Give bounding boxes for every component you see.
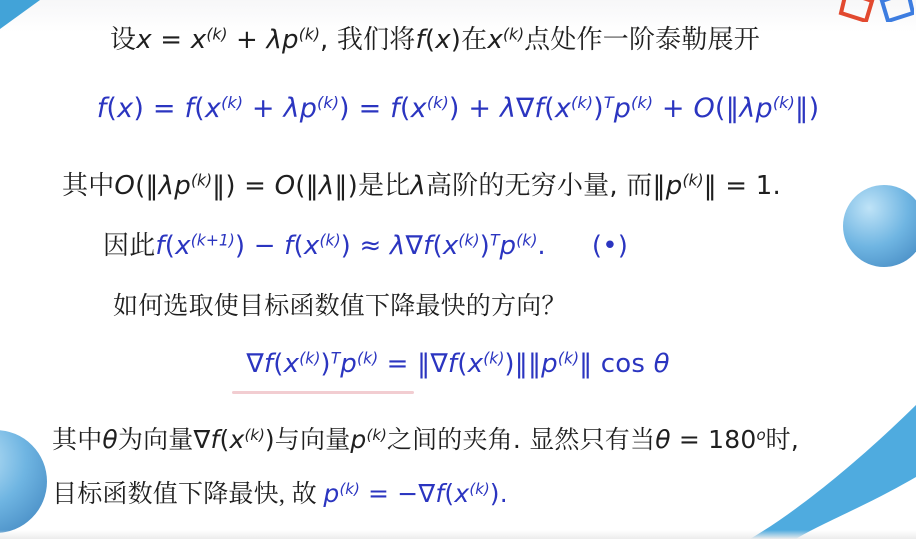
- text-segment: x: [468, 349, 484, 379]
- text-segment: f: [284, 231, 293, 261]
- text-segment: .: [537, 231, 545, 261]
- text-segment: (k): [191, 171, 212, 189]
- lecture-slide: 设x = x(k) + λp(k), 我们将f(x)在x(k)点处作一阶泰勒展开…: [0, 0, 916, 539]
- text-segment: ‖: [417, 349, 430, 379]
- text-segment: λ: [390, 231, 406, 261]
- text-segment: +: [460, 93, 500, 124]
- text-segment: 目标函数值下降最快, 故: [52, 481, 323, 508]
- text-segment: ‖): [795, 93, 819, 124]
- text-segment: (k): [319, 231, 340, 249]
- text-segment: f: [390, 93, 400, 124]
- text-segment: =: [144, 93, 184, 124]
- text-segment: (‖: [135, 171, 159, 201]
- text-segment: x: [284, 349, 300, 379]
- text-segment: cos: [592, 349, 653, 379]
- text-segment: 因此: [103, 231, 155, 260]
- text-segment: (k+1): [191, 231, 235, 249]
- text-segment: ,: [609, 171, 626, 201]
- angle-explanation-line1: 其中θ为向量∇f(x(k))与向量p(k)之间的夹角. 显然只有当θ = 180…: [52, 424, 799, 456]
- text-segment: 而: [626, 171, 652, 200]
- text-segment: p: [350, 425, 366, 454]
- text-segment: =: [378, 349, 417, 379]
- text-segment: p: [614, 93, 631, 124]
- inner-product-formula: ∇f(x(k))Tp(k) = ‖∇f(x(k))‖‖p(k)‖ cos θ: [0, 348, 916, 381]
- text-segment: .: [513, 425, 529, 454]
- text-segment: p: [340, 349, 357, 379]
- text-segment: f: [184, 93, 194, 124]
- text-segment: x: [304, 231, 320, 261]
- text-segment: 在: [461, 25, 487, 54]
- text-segment: ).: [490, 479, 508, 508]
- text-segment: x: [175, 231, 191, 261]
- text-segment: (: [425, 25, 435, 55]
- open-book-logo-icon: [838, 0, 914, 22]
- text-segment: f: [155, 231, 164, 261]
- text-segment: p: [541, 349, 558, 379]
- text-segment: = −: [360, 479, 419, 508]
- text-segment: (k): [503, 25, 524, 43]
- text-segment: x: [435, 25, 451, 55]
- text-segment: = 180: [671, 425, 757, 454]
- descent-approximation: 因此f(x(k+1)) − f(x(k)) ≈ λ∇f(x(k))Tp(k).(…: [103, 230, 628, 263]
- text-segment: ): [504, 349, 514, 379]
- text-segment: T: [604, 93, 614, 112]
- text-segment: f: [534, 93, 544, 124]
- text-segment: ‖): [212, 171, 236, 201]
- text-segment: (: [294, 231, 304, 261]
- text-segment: (k): [299, 25, 320, 43]
- text-segment: O: [275, 171, 296, 201]
- text-segment: (: [165, 231, 175, 261]
- text-segment: (k): [244, 426, 264, 444]
- bottom-swoosh: [691, 394, 916, 539]
- text-segment: p: [174, 171, 191, 201]
- text-segment: ‖‖: [515, 349, 541, 379]
- text-segment: (k): [516, 231, 537, 249]
- text-segment: (k): [427, 93, 449, 112]
- text-segment: 之间的夹角: [387, 427, 513, 454]
- question-line: 如何选取使目标函数值下降最快的方向？: [113, 290, 567, 322]
- text-segment: ∇: [406, 231, 424, 261]
- open-book-logo: [838, 0, 914, 22]
- text-segment: ): [320, 349, 330, 379]
- text-segment: ): [133, 93, 144, 124]
- text-segment: p: [499, 231, 516, 261]
- text-segment: f: [264, 349, 273, 379]
- text-segment: (k): [773, 93, 795, 112]
- text-segment: (: [544, 93, 555, 124]
- text-segment: =: [350, 93, 390, 124]
- text-segment: λ: [284, 93, 300, 124]
- text-segment: p: [282, 25, 299, 55]
- text-segment: = 1.: [717, 171, 781, 201]
- text-segment: λ: [410, 171, 426, 201]
- text-segment: −: [245, 231, 284, 261]
- text-segment: ∇: [194, 425, 211, 454]
- text-segment: 其中: [52, 427, 102, 454]
- text-segment: x: [229, 425, 244, 454]
- text-segment: (k): [339, 480, 359, 498]
- text-segment: p: [666, 171, 683, 201]
- text-segment: ∇: [516, 93, 534, 124]
- text-segment: x: [411, 93, 427, 124]
- text-segment: (‖: [295, 171, 319, 201]
- text-segment: (: [106, 93, 117, 124]
- text-segment: λ: [500, 93, 516, 124]
- text-segment: T: [331, 349, 341, 367]
- text-segment: ‖: [653, 171, 666, 201]
- text-segment: (k): [631, 93, 653, 112]
- text-segment: (•): [592, 231, 628, 261]
- text-segment: 我们将: [337, 25, 416, 54]
- text-segment: f: [448, 349, 457, 379]
- bottom-edge-shading: [0, 530, 916, 539]
- text-segment: (k): [682, 171, 703, 189]
- text-segment: λ: [319, 171, 335, 201]
- taylor-expansion-formula: f(x) = f(x(k) + λp(k)) = f(x(k)) + λ∇f(x…: [0, 92, 916, 126]
- text-segment: θ: [655, 425, 671, 454]
- corner-swoosh-triangle: [0, 0, 40, 29]
- text-segment: (k): [299, 349, 320, 367]
- text-segment: ∇: [246, 349, 264, 379]
- text-segment: f: [416, 25, 425, 55]
- text-segment: (k): [317, 93, 339, 112]
- text-segment: +: [653, 93, 693, 124]
- text-segment: (: [432, 231, 442, 261]
- text-segment: 点处作一阶泰勒展开: [524, 25, 760, 54]
- text-segment: (k): [469, 480, 489, 498]
- text-segment: 设: [110, 25, 136, 54]
- angle-explanation-line2: 目标函数值下降最快, 故 p(k) = −∇f(x(k)).: [52, 478, 508, 510]
- text-segment: =: [236, 171, 275, 201]
- text-segment: ): [341, 231, 351, 261]
- text-segment: p: [300, 93, 317, 124]
- text-segment: λ: [739, 93, 755, 124]
- text-segment: +: [243, 93, 283, 124]
- text-segment: ‖: [704, 171, 717, 201]
- text-segment: x: [555, 93, 571, 124]
- text-segment: (k): [458, 231, 479, 249]
- text-segment: (k): [357, 349, 378, 367]
- text-segment: ∇: [418, 479, 435, 508]
- text-segment: (: [273, 349, 283, 379]
- text-segment: p: [756, 93, 773, 124]
- text-segment: =: [152, 25, 191, 55]
- formula-highlight-underline: [232, 391, 414, 394]
- text-segment: (k): [571, 93, 593, 112]
- text-segment: 高阶的无穷小量: [426, 171, 609, 200]
- text-segment: p: [323, 479, 339, 508]
- text-segment: (k): [366, 426, 386, 444]
- text-segment: (k): [206, 25, 227, 43]
- text-segment: o: [756, 426, 765, 444]
- text-segment: θ: [102, 425, 118, 454]
- text-segment: ): [339, 93, 350, 124]
- text-segment: x: [117, 93, 133, 124]
- text-segment: ≈: [351, 231, 390, 261]
- text-segment: (k): [558, 349, 579, 367]
- text-segment: O: [114, 171, 135, 201]
- text-segment: (‖: [715, 93, 739, 124]
- text-segment: f: [97, 93, 107, 124]
- text-segment: θ: [654, 349, 670, 379]
- text-segment: x: [205, 93, 221, 124]
- text-segment: (k): [221, 93, 243, 112]
- text-segment: 与向量: [275, 427, 351, 454]
- little-o-explanation: 其中O(‖λp(k)‖) = O(‖λ‖)是比λ高阶的无穷小量, 而‖p(k)‖…: [62, 170, 781, 203]
- text-segment: x: [443, 231, 459, 261]
- text-segment: ‖): [334, 171, 358, 201]
- text-segment: ): [480, 231, 490, 261]
- text-segment: 是比: [358, 171, 410, 200]
- text-segment: (: [444, 479, 454, 508]
- text-segment: ,: [791, 425, 799, 454]
- text-segment: ): [451, 25, 461, 55]
- text-segment: (: [194, 93, 205, 124]
- text-segment: x: [454, 479, 469, 508]
- text-segment: 时: [766, 427, 791, 454]
- text-segment: 如何选取使目标函数值下降最快的方向？: [113, 293, 567, 320]
- decorative-sphere-right: [843, 185, 916, 267]
- text-segment: (: [400, 93, 411, 124]
- text-segment: λ: [159, 171, 175, 201]
- text-segment: (: [219, 425, 229, 454]
- text-segment: (k): [483, 349, 504, 367]
- text-segment: ): [235, 231, 245, 261]
- taylor-setup-line: 设x = x(k) + λp(k), 我们将f(x)在x(k)点处作一阶泰勒展开: [110, 24, 760, 57]
- text-segment: 其中: [62, 171, 114, 200]
- text-segment: 为向量: [118, 427, 194, 454]
- text-segment: ‖: [579, 349, 592, 379]
- text-segment: (: [457, 349, 467, 379]
- text-segment: ): [593, 93, 604, 124]
- decorative-sphere-left: [0, 430, 47, 533]
- text-segment: ,: [320, 25, 337, 55]
- text-segment: ): [449, 93, 460, 124]
- text-segment: ): [265, 425, 275, 454]
- text-segment: ∇: [430, 349, 448, 379]
- text-segment: λ: [266, 25, 282, 55]
- text-segment: O: [693, 93, 714, 124]
- text-segment: +: [228, 25, 267, 55]
- text-segment: 显然只有当: [529, 427, 655, 454]
- text-segment: x: [136, 25, 152, 55]
- text-segment: x: [487, 25, 503, 55]
- text-segment: x: [191, 25, 207, 55]
